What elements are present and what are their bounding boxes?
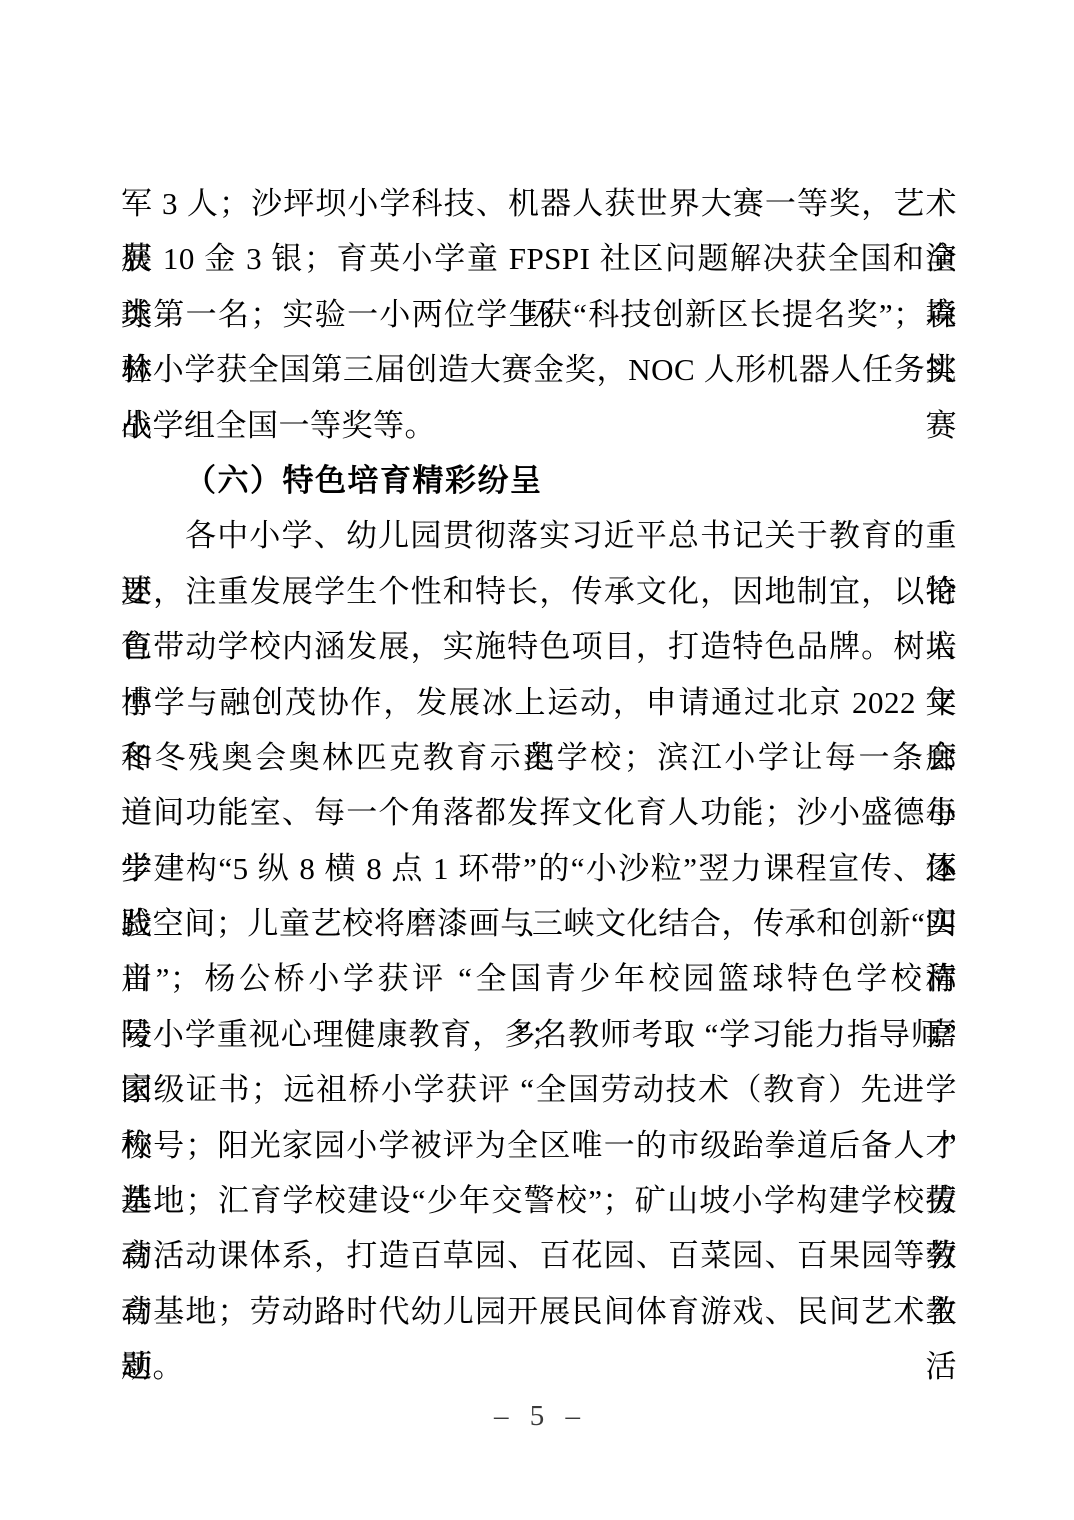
text-line: 育带动学校内涵发展，实施特色项目，打造特色品牌。树人博文 xyxy=(121,619,957,674)
text-line: 小学与融创茂协作，发展冰上运动，申请通过北京 2022 年冬奥会 xyxy=(121,675,957,730)
text-line: 称号；阳光家园小学被评为全区唯一的市级跆拳道后备人才选拔 xyxy=(121,1118,957,1173)
text-line: 陵小学重视心理健康教育，多名教师考取 “学习能力指导师” 国 xyxy=(121,1007,957,1062)
text-line: 育活动课体系，打造百草园、百花园、百菜园、百果园等劳动教 xyxy=(121,1228,957,1283)
text-line: 音”；杨公桥小学获评 “全国青少年校园篮球特色学校称号”；嘉 xyxy=(121,951,957,1006)
page-footer: – 5 – xyxy=(0,1400,1074,1433)
text-line: 践空间；儿童艺校将磨漆画与三峡文化结合，传承和创新“四川清 xyxy=(121,896,957,951)
page-number: – 5 – xyxy=(494,1400,580,1432)
text-line: 验小学获全国第三届创造大赛金奖，NOC 人形机器人任务挑战赛 xyxy=(121,342,957,397)
text-line: 家级证书；远祖桥小学获评 “全国劳动技术（教育）先进学校” xyxy=(121,1062,957,1117)
text-line: 育基地；劳动路时代幼儿园开展民间体育游戏、民间艺术主题活 xyxy=(121,1284,957,1339)
text-line: 步建构“5 纵 8 横 8 点 1 环带”的“小沙粒”翌力课程宣传、体验、实 xyxy=(121,841,957,896)
text-line: 基地；汇育学校建设“少年交警校”；矿山坡小学构建学校劳动教 xyxy=(121,1173,957,1228)
document-page: 军 3 人；沙坪坝小学科技、机器人获世界大赛一等奖，艺术展演获 10 金 3 银… xyxy=(0,0,1074,1520)
text-line: 一间功能室、每一个角落都发挥文化育人功能；沙小盛德小学逐 xyxy=(121,785,957,840)
text-line: 获 10 金 3 银；育英小学童 FPSPI 社区问题解决获全国和全球环境 xyxy=(121,231,957,286)
paragraph-section-body: 各中小学、幼儿园贯彻落实习近平总书记关于教育的重要论述，注重发展学生个性和特长，… xyxy=(121,508,957,1394)
text-line: 类第一名；实验一小两位学生获“科技创新区长提名奖”；森林实 xyxy=(121,287,957,342)
text-line: 和冬残奥会奥林匹克教育示范学校；滨江小学让每一条廊道、每 xyxy=(121,730,957,785)
document-body: 军 3 人；沙坪坝小学科技、机器人获世界大赛一等奖，艺术展演获 10 金 3 银… xyxy=(121,176,957,1395)
text-line: 述，注重发展学生个性和特长，传承文化，因地制宜，以特色培 xyxy=(121,564,957,619)
text-line: 军 3 人；沙坪坝小学科技、机器人获世界大赛一等奖，艺术展演 xyxy=(121,176,957,231)
section-heading: （六）特色培育精彩纷呈 xyxy=(121,453,957,508)
paragraph-continued-from-previous-page: 军 3 人；沙坪坝小学科技、机器人获世界大赛一等奖，艺术展演获 10 金 3 银… xyxy=(121,176,957,453)
text-line: 各中小学、幼儿园贯彻落实习近平总书记关于教育的重要论 xyxy=(121,508,957,563)
